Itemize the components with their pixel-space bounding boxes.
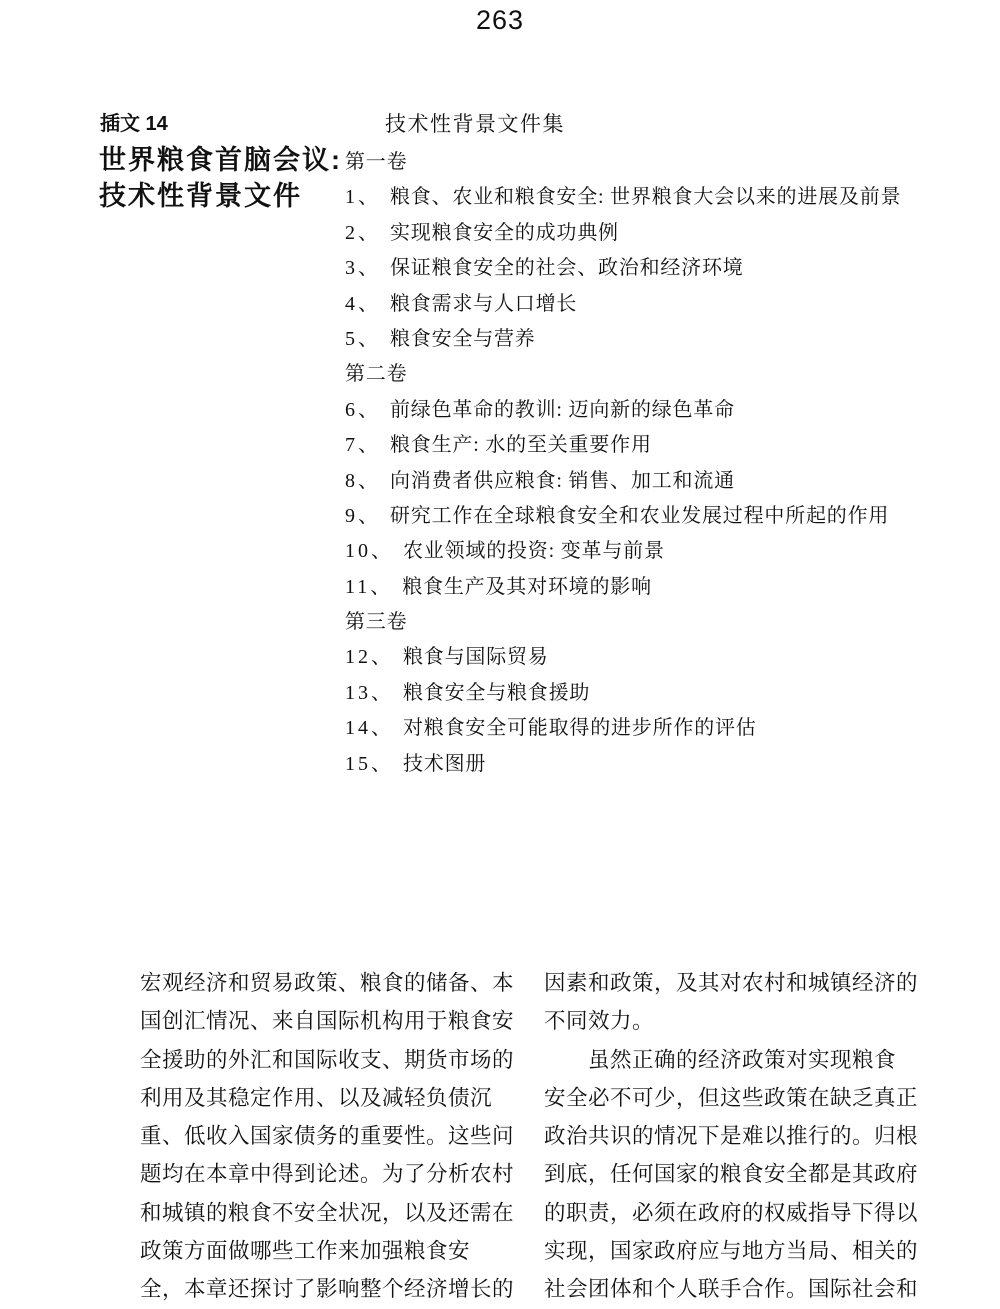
entry-text: 保证粮食安全的社会、政治和经济环境	[390, 257, 744, 279]
collection-entry: 第二卷	[345, 357, 945, 392]
body-text-line: 政策方面做哪些工作来加强粮食安	[140, 1232, 516, 1270]
collection-entry: 11、粮食生产及其对环境的影响	[345, 570, 945, 605]
entry-number: 8、	[345, 470, 381, 492]
entry-text: 粮食、农业和粮食安全: 世界粮食大会以来的进展及前景	[390, 186, 901, 208]
collection-entry: 10、农业领域的投资: 变革与前景	[345, 534, 945, 569]
body-text-line: 虽然正确的经济政策对实现粮食	[544, 1041, 920, 1079]
body-text-line: 和城镇的粮食不安全状况，以及还需在	[140, 1194, 516, 1232]
document-title-line1: 世界粮食首脑会议:	[99, 138, 342, 177]
entry-number: 14、	[345, 717, 394, 739]
entry-number: 15、	[345, 753, 394, 775]
entry-text: 研究工作在全球粮食安全和农业发展过程中所起的作用	[390, 505, 889, 527]
entry-number: 13、	[345, 682, 394, 704]
body-text-line: 因素和政策，及其对农村和城镇经济的	[544, 964, 920, 1002]
collection-title: 技术性背景文件集	[385, 108, 565, 138]
entry-text: 农业领域的投资: 变革与前景	[403, 540, 665, 562]
body-text-line: 利用及其稳定作用、以及减轻负债沉	[140, 1079, 516, 1117]
body-text-line: 不同效力。	[544, 1002, 920, 1040]
body-text-line: 社会团体和个人联手合作。国际社会和	[544, 1270, 920, 1308]
entry-number: 10、	[345, 540, 394, 562]
entry-text: 第二卷	[345, 363, 407, 385]
body-text-line: 题均在本章中得到论述。为了分析农村	[140, 1155, 516, 1193]
body-text-line: 重、低收入国家债务的重要性。这些问	[140, 1117, 516, 1155]
page-number: 263	[0, 5, 1000, 36]
entry-text: 技术图册	[403, 753, 486, 775]
body-text-line: 全，本章还探讨了影响整个经济增长的	[140, 1270, 516, 1308]
entry-text: 实现粮食安全的成功典例	[390, 222, 619, 244]
entry-number: 6、	[345, 399, 381, 421]
body-text-line: 宏观经济和贸易政策、粮食的储备、本	[140, 964, 516, 1002]
collection-entry: 第三卷	[345, 605, 945, 640]
entry-text: 粮食安全与粮食援助	[403, 682, 590, 704]
body-column-right: 因素和政策，及其对农村和城镇经济的不同效力。 虽然正确的经济政策对实现粮食安全必…	[544, 964, 920, 1309]
collection-list: 第一卷 1、粮食、农业和粮食安全: 世界粮食大会以来的进展及前景 2、实现粮食安…	[345, 145, 945, 782]
collection-entry: 1、粮食、农业和粮食安全: 世界粮食大会以来的进展及前景	[345, 180, 945, 215]
entry-text: 粮食生产: 水的至关重要作用	[390, 434, 652, 456]
collection-entry: 第一卷	[345, 145, 945, 180]
entry-text: 前绿色革命的教训: 迈向新的绿色革命	[390, 399, 735, 421]
entry-text: 向消费者供应粮食: 销售、加工和流通	[390, 470, 735, 492]
entry-number: 4、	[345, 293, 381, 315]
body-text-line: 到底，任何国家的粮食安全都是其政府	[544, 1155, 920, 1193]
collection-entry: 4、粮食需求与人口增长	[345, 287, 945, 322]
collection-entry: 9、研究工作在全球粮食安全和农业发展过程中所起的作用	[345, 499, 945, 534]
entry-number: 5、	[345, 328, 381, 350]
entry-number: 1、	[345, 186, 381, 208]
collection-entry: 3、保证粮食安全的社会、政治和经济环境	[345, 251, 945, 286]
entry-text: 粮食生产及其对环境的影响	[402, 576, 652, 598]
entry-number: 11、	[345, 576, 393, 598]
body-text-line: 安全必不可少，但这些政策在缺乏真正	[544, 1079, 920, 1117]
body-text-line: 国创汇情况、来自国际机构用于粮食安	[140, 1002, 516, 1040]
entry-number: 12、	[345, 646, 394, 668]
entry-text: 粮食需求与人口增长	[390, 293, 577, 315]
entry-text: 粮食与国际贸易	[403, 646, 549, 668]
collection-entry: 6、前绿色革命的教训: 迈向新的绿色革命	[345, 393, 945, 428]
entry-number: 2、	[345, 222, 381, 244]
body-text-line: 全援助的外汇和国际收支、期货市场的	[140, 1041, 516, 1079]
entry-number: 7、	[345, 434, 381, 456]
body-text-line: 的职责，必须在政府的权威指导下得以	[544, 1194, 920, 1232]
collection-entry: 14、对粮食安全可能取得的进步所作的评估	[345, 711, 945, 746]
body-column-left: 宏观经济和贸易政策、粮食的储备、本国创汇情况、来自国际机构用于粮食安全援助的外汇…	[140, 964, 516, 1309]
collection-entry: 12、粮食与国际贸易	[345, 640, 945, 675]
collection-entry: 5、粮食安全与营养	[345, 322, 945, 357]
entry-text: 粮食安全与营养	[390, 328, 536, 350]
entry-text: 第三卷	[345, 611, 407, 633]
document-title-line2: 技术性背景文件	[99, 174, 302, 213]
collection-entry: 13、粮食安全与粮食援助	[345, 676, 945, 711]
body-text-line: 政治共识的情况下是难以推行的。归根	[544, 1117, 920, 1155]
collection-entry: 2、实现粮食安全的成功典例	[345, 216, 945, 251]
collection-entry: 8、向消费者供应粮食: 销售、加工和流通	[345, 464, 945, 499]
entry-number: 3、	[345, 257, 381, 279]
entry-number: 9、	[345, 505, 381, 527]
document-page: 263 插文 14 世界粮食首脑会议: 技术性背景文件 技术性背景文件集 第一卷…	[0, 0, 1000, 1309]
body-text-line: 实现，国家政府应与地方当局、相关的	[544, 1232, 920, 1270]
box-label: 插文 14	[100, 107, 168, 136]
entry-text: 第一卷	[345, 151, 407, 173]
collection-entry: 15、技术图册	[345, 747, 945, 782]
collection-entry: 7、粮食生产: 水的至关重要作用	[345, 428, 945, 463]
entry-text: 对粮食安全可能取得的进步所作的评估	[403, 717, 757, 739]
